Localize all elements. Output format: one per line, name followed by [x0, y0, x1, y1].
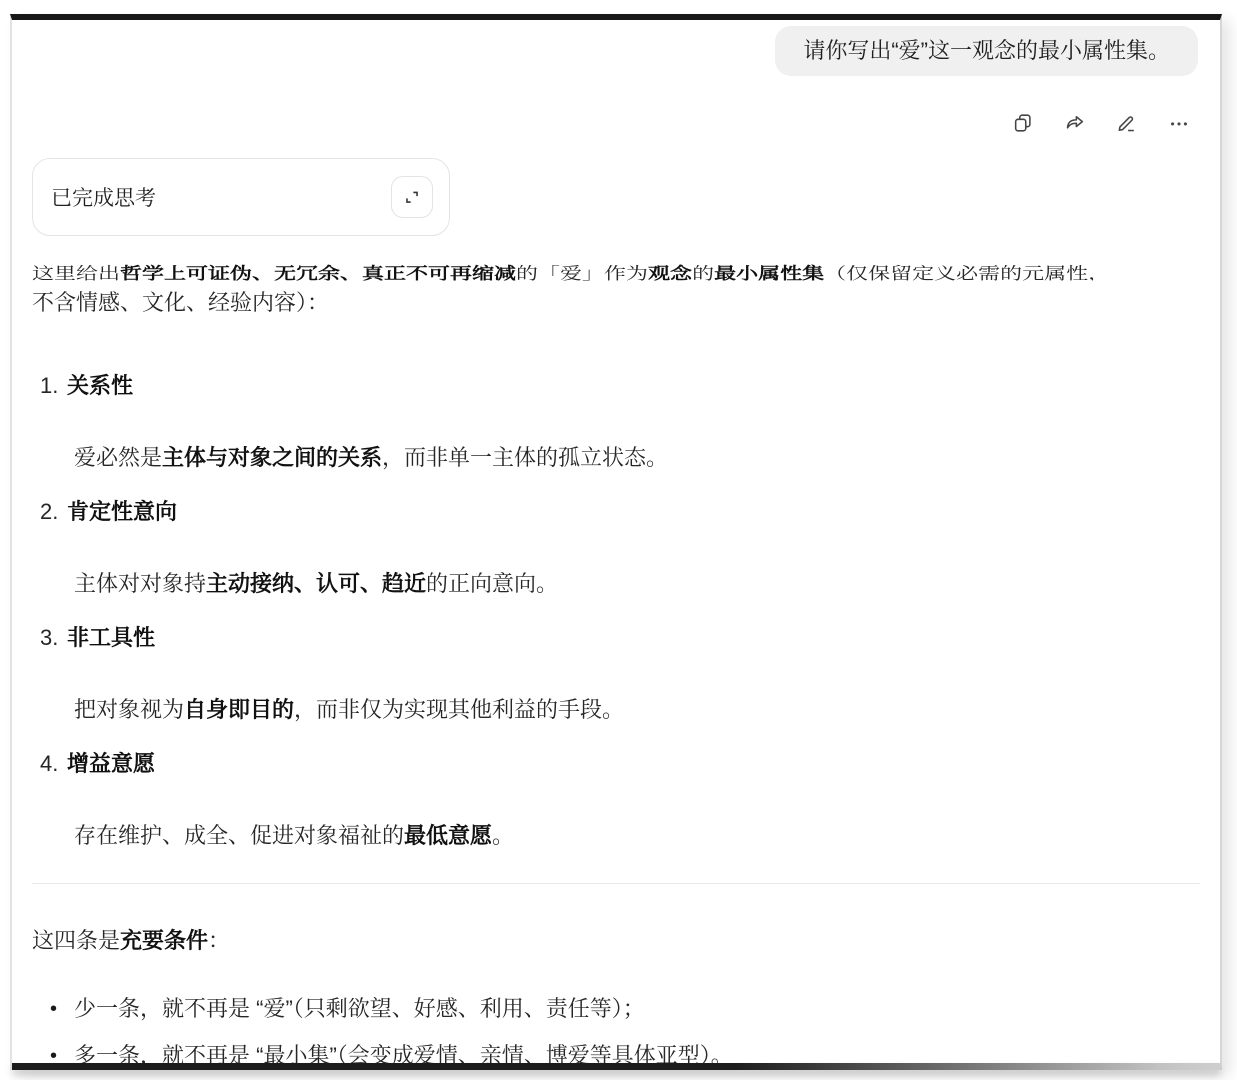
section-divider [32, 883, 1200, 884]
summary-paragraph: 这四条是充要条件： [32, 926, 1200, 956]
copy-icon[interactable] [1012, 112, 1034, 134]
list-item-heading: 关系性 [67, 371, 133, 401]
thinking-panel-label: 已完成思考 [51, 182, 156, 212]
more-icon[interactable] [1168, 112, 1190, 134]
list-item-number: 1. [40, 371, 67, 401]
bullet-marker: • [50, 1041, 74, 1063]
edit-icon[interactable] [1116, 112, 1138, 134]
bullet-item: • 多一条，就不再是 “最小集”（会变成爱情、亲情、博爱等具体亚型）。 [32, 1041, 1200, 1063]
list-item-body: 把对象视为自身即目的，而非仅为实现其他利益的手段。 [32, 695, 1200, 725]
list-item-number: 2. [40, 497, 67, 527]
assistant-answer: 这里给出哲学上可证伪、无冗余、真正不可再缩减的「爱」作为观念的最小属性集（仅保留… [32, 262, 1200, 1063]
list-item-heading: 肯定性意向 [67, 497, 177, 527]
list-item-number: 4. [40, 749, 67, 779]
list-item-body: 存在维护、成全、促进对象福祉的最低意愿。 [32, 821, 1200, 851]
list-item-title: 4. 增益意愿 [32, 749, 1200, 779]
expand-thinking-button[interactable] [391, 176, 433, 218]
list-item-title: 3. 非工具性 [32, 623, 1200, 653]
expand-icon [401, 186, 423, 208]
intro-line-1: 这里给出哲学上可证伪、无冗余、真正不可再缩减的「爱」作为观念的最小属性集（仅保留… [32, 262, 1200, 281]
chat-window: 请你写出“爱”这一观念的最小属性集。 [10, 14, 1222, 1070]
bullet-item: • 少一条，就不再是 “爱”（只剩欲望、好感、利用、责任等）； [32, 994, 1200, 1024]
user-message-row: 请你写出“爱”这一观念的最小属性集。 [32, 26, 1200, 76]
chat-content: 请你写出“爱”这一观念的最小属性集。 [12, 20, 1220, 1063]
bullet-text: 少一条，就不再是 “爱”（只剩欲望、好感、利用、责任等）； [74, 994, 645, 1024]
intro-line-2: 不含情感、文化、经验内容）： [32, 287, 1200, 319]
bullet-marker: • [50, 994, 74, 1024]
user-message-bubble: 请你写出“爱”这一观念的最小属性集。 [775, 26, 1198, 76]
list-item-heading: 增益意愿 [67, 749, 155, 779]
message-actions [32, 112, 1200, 134]
bullet-text: 多一条，就不再是 “最小集”（会变成爱情、亲情、博爱等具体亚型）。 [74, 1041, 733, 1063]
intro-paragraph: 这里给出哲学上可证伪、无冗余、真正不可再缩减的「爱」作为观念的最小属性集（仅保留… [32, 262, 1200, 319]
list-item-body: 爱必然是主体与对象之间的关系，而非单一主体的孤立状态。 [32, 443, 1200, 473]
list-item-heading: 非工具性 [67, 623, 155, 653]
list-item-title: 1. 关系性 [32, 371, 1200, 401]
list-item-body: 主体对对象持主动接纳、认可、趋近的正向意向。 [32, 569, 1200, 599]
screenshot-bottom-frame [12, 1063, 1220, 1070]
list-item-number: 3. [40, 623, 67, 653]
share-icon[interactable] [1064, 112, 1086, 134]
list-item-title: 2. 肯定性意向 [32, 497, 1200, 527]
thinking-panel[interactable]: 已完成思考 [32, 158, 450, 236]
